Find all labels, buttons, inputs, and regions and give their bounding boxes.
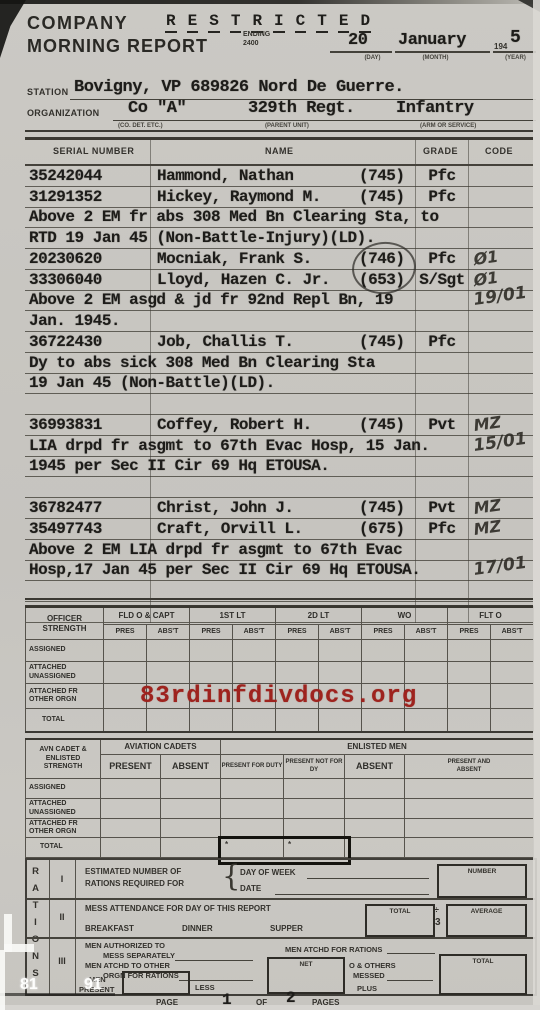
table-cell xyxy=(283,799,344,819)
o-and-others-label: O & OTHERS xyxy=(349,961,396,970)
ending-time: 2400 xyxy=(243,40,259,47)
row-numeral-1: I xyxy=(50,874,74,884)
scan-number-artifact: 91 xyxy=(84,976,102,994)
table-cell xyxy=(220,779,283,799)
fill-line xyxy=(387,953,435,954)
row-numeral-2: II xyxy=(50,912,74,922)
col-pres: PRES xyxy=(275,625,318,640)
table-row: 36993831Coffey, Robert H.(745)PvtMZ xyxy=(25,415,533,436)
breakfast-label: BREAKFAST xyxy=(85,924,134,933)
fill-line xyxy=(179,980,253,981)
column-line xyxy=(415,140,416,164)
station-value: Bovigny, VP 689826 Nord De Guerre. xyxy=(74,78,404,97)
serial-number: 35242044 xyxy=(29,167,102,185)
table-row: 35497743Craft, Orvill L.(675)PfcMZ xyxy=(25,519,533,540)
table-cell xyxy=(404,640,447,662)
table-cell xyxy=(275,640,318,662)
form-title-morning-report: MORNING REPORT xyxy=(27,36,208,57)
table-row: 31291352Hickey, Raymond M.(745)Pfc xyxy=(25,187,533,208)
roster-table: SERIAL NUMBER NAME GRADE CODE 35242044Ha… xyxy=(25,138,533,623)
table-cell xyxy=(160,838,220,858)
grade: Pfc xyxy=(417,520,467,538)
table-cell xyxy=(103,662,146,684)
handwritten-code: MZ xyxy=(472,495,502,518)
asterisk-mark: * xyxy=(288,840,291,849)
mess-separately-label: MESS SEPARATELY xyxy=(103,951,175,960)
station-label: STATION xyxy=(27,87,69,97)
remark-line: Jan. 1945. xyxy=(29,312,120,330)
remark-line: Dy to abs sick 308 Med Bn Clearing Sta xyxy=(29,354,375,372)
table-cell xyxy=(490,709,533,732)
table-cell xyxy=(344,819,404,838)
scan-white-artifact xyxy=(4,944,34,952)
table-row: Above 2 EM fr abs 308 Med Bn Clearing St… xyxy=(25,208,533,229)
asterisk-mark: * xyxy=(225,840,228,849)
grade: Pvt xyxy=(417,416,467,434)
soldier-name: Lloyd, Hazen C. Jr. xyxy=(157,271,330,289)
stamp-letter: S xyxy=(208,12,220,33)
mess-total-box: TOTAL xyxy=(365,904,435,937)
serial-number: 36722430 xyxy=(29,333,102,351)
table-row: 35242044Hammond, Nathan(745)Pfc xyxy=(25,166,533,187)
row-assigned: ASSIGNED xyxy=(25,640,103,662)
row-attached-unassigned: ATTACHED UNASSIGNED xyxy=(25,799,100,819)
table-cell xyxy=(189,662,232,684)
col-code: CODE xyxy=(485,146,513,156)
col-grade: GRADE xyxy=(423,146,458,156)
remark-line: RTD 19 Jan 45 (Non-Battle-Injury)(LD). xyxy=(29,229,375,247)
stamp-letter: E xyxy=(187,12,199,33)
net-box-label: NET xyxy=(269,961,343,968)
column-line xyxy=(150,140,151,164)
col-present-not-for-dy: PRESENT NOT FOR DY xyxy=(283,755,344,779)
rations-total-box: TOTAL xyxy=(439,954,527,995)
date-month: January xyxy=(398,31,466,50)
soldier-name: Hickey, Raymond M. xyxy=(157,188,321,206)
table-row: 20230620Mocniak, Frank S.(746)PfcØ1 xyxy=(25,249,533,270)
men-authorized-label: MEN AUTHORIZED TO xyxy=(85,941,165,950)
rations-estimated-line1: ESTIMATED NUMBER OF xyxy=(85,867,181,876)
col-present-and-absent: PRESENT AND ABSENT xyxy=(404,755,533,779)
enlisted-strength-table: AVN CADET & ENLISTED STRENGTH AVIATION C… xyxy=(25,738,534,858)
date-year-typed: 5 xyxy=(510,28,520,48)
column-line xyxy=(468,140,469,164)
col-group-aviation-cadets: AVIATION CADETS xyxy=(100,740,220,755)
serial-number: 36782477 xyxy=(29,499,102,517)
handwritten-code: MZ xyxy=(472,516,502,539)
table-cell xyxy=(490,640,533,662)
table-cell xyxy=(189,640,232,662)
col-group-1st-lt: 1ST LT xyxy=(189,608,275,625)
row-attached-fr-other-orgn: ATTACHED FR OTHER ORGN xyxy=(25,819,100,838)
table-row: Hosp,17 Jan 45 per Sec II Cir 69 Hq ETOU… xyxy=(25,561,533,582)
col-pres: PRES xyxy=(189,625,232,640)
rule-line xyxy=(27,937,535,939)
table-cell xyxy=(404,779,533,799)
table-cell xyxy=(344,799,404,819)
mos-code: (745) xyxy=(359,188,405,206)
col-group-fldo-capt: FLD O & CAPT xyxy=(103,608,189,625)
serial-number: 36993831 xyxy=(29,416,102,434)
remark-line: 1945 per Sec II Cir 69 Hq ETOUSA. xyxy=(29,457,329,475)
mess-attendance-label: MESS ATTENDANCE FOR DAY OF THIS REPORT xyxy=(85,904,271,913)
table-cell xyxy=(361,709,404,732)
table-cell xyxy=(232,640,275,662)
stamp-letter: T xyxy=(230,12,242,33)
table-cell xyxy=(160,799,220,819)
table-row: 36722430Job, Challis T.(745)Pfc xyxy=(25,332,533,353)
avn-cadet-label: AVN CADET & ENLISTED STRENGTH xyxy=(25,740,100,779)
column-line xyxy=(75,860,76,994)
table-cell xyxy=(404,709,447,732)
men-present-box xyxy=(122,971,190,995)
rule-line xyxy=(113,120,536,121)
rations-estimated-line2: RATIONS REQUIRED FOR xyxy=(85,879,184,888)
col-group-flt-o: FLT O xyxy=(447,608,533,625)
col-present-and-absent-label: PRESENT AND ABSENT xyxy=(443,759,495,773)
organization-unit: Co "A" xyxy=(128,99,186,118)
row-assigned: ASSIGNED xyxy=(25,779,100,799)
less-label: LESS xyxy=(195,983,215,992)
stamp-letter: T xyxy=(316,12,328,33)
table-cell xyxy=(283,779,344,799)
number-box-label: NUMBER xyxy=(439,868,525,875)
table-cell xyxy=(100,838,160,858)
fill-line xyxy=(387,980,433,981)
serial-number: 31291352 xyxy=(29,188,102,206)
table-cell xyxy=(275,709,318,732)
table-cell xyxy=(404,838,533,858)
rations-total-label: TOTAL xyxy=(441,958,525,965)
col-group-enlisted-men: ENLISTED MEN xyxy=(220,740,533,755)
soldier-name: Job, Challis T. xyxy=(157,333,294,351)
organization-arm: Infantry xyxy=(396,99,474,118)
rule-line xyxy=(493,51,536,53)
mess-total-label: TOTAL xyxy=(367,908,433,915)
table-row: 19 Jan 45 (Non-Battle)(LD). xyxy=(25,374,533,395)
table-cell xyxy=(232,662,275,684)
table-row: 33306040Lloyd, Hazen C. Jr.(653)S/SgtØ1 xyxy=(25,270,533,291)
soldier-name: Mocniak, Frank S. xyxy=(157,250,312,268)
fill-line xyxy=(275,894,429,895)
date-year-printed: 194 xyxy=(494,42,507,51)
col-absent: ABSENT xyxy=(344,755,404,779)
scan-white-artifact xyxy=(0,950,5,1010)
soldier-name: Coffey, Robert H. xyxy=(157,416,312,434)
col-name: NAME xyxy=(265,146,294,156)
table-cell xyxy=(146,640,189,662)
day-caption: (DAY) xyxy=(345,55,400,61)
table-row: Above 2 EM asgd & jd fr 92nd Repl Bn, 19… xyxy=(25,291,533,312)
serial-number: 33306040 xyxy=(29,271,102,289)
table-row: RTD 19 Jan 45 (Non-Battle-Injury)(LD). xyxy=(25,228,533,249)
messed-label: MESSED xyxy=(353,971,385,980)
col-pres: PRES xyxy=(103,625,146,640)
brace-glyph: { xyxy=(222,859,240,893)
table-cell xyxy=(404,819,533,838)
table-row: 36782477Christ, John J.(745)PvtMZ xyxy=(25,498,533,519)
stamp-letter: D xyxy=(359,12,371,33)
remark-line: Hosp,17 Jan 45 per Sec II Cir 69 Hq ETOU… xyxy=(29,561,420,579)
day-of-week-label: DAY OF WEEK xyxy=(240,868,296,877)
handwritten-code: Ø1 xyxy=(472,247,499,269)
table-cell xyxy=(232,709,275,732)
scan-edge-artifact xyxy=(533,0,540,1010)
col-serial-number: SERIAL NUMBER xyxy=(53,146,134,156)
table-cell xyxy=(490,662,533,684)
scan-corner-artifact xyxy=(0,0,26,58)
ending-label: ENDING xyxy=(243,31,270,38)
divide-sign: ÷ xyxy=(434,905,439,915)
soldier-name: Hammond, Nathan xyxy=(157,167,294,185)
remark-line: Above 2 EM LIA drpd fr asgmt to 67th Eva… xyxy=(29,541,402,559)
organization-label: ORGANIZATION xyxy=(27,108,99,118)
mos-code: (745) xyxy=(359,333,405,351)
table-row: Above 2 EM LIA drpd fr asgmt to 67th Eva… xyxy=(25,540,533,561)
watermark: 83rdinfdivdocs.org xyxy=(140,683,417,710)
grade: Pfc xyxy=(417,250,467,268)
grade: Pfc xyxy=(417,188,467,206)
month-caption: (MONTH) xyxy=(403,55,468,61)
men-atchd-for-rations-label: MEN ATCHD FOR RATIONS xyxy=(285,945,382,954)
col-pres: PRES xyxy=(447,625,490,640)
table-cell xyxy=(447,709,490,732)
soldier-name: Craft, Orvill L. xyxy=(157,520,303,538)
row-attached-fr-other-orgn: ATTACHED FR OTHER ORGN xyxy=(25,684,103,709)
parent-unit-caption: (PARENT UNIT) xyxy=(265,123,309,129)
remark-line: 19 Jan 45 (Non-Battle)(LD). xyxy=(29,374,275,392)
average-box-label: AVERAGE xyxy=(448,908,525,915)
table-cell xyxy=(318,709,361,732)
restricted-stamp: R E S T R I C T E D xyxy=(165,12,381,33)
date-day: 20 xyxy=(348,31,367,50)
organization-parent-unit: 329th Regt. xyxy=(248,99,355,118)
col-group-2d-lt: 2D LT xyxy=(275,608,361,625)
table-cell xyxy=(220,799,283,819)
form-title-company: COMPANY xyxy=(27,13,128,34)
mos-code: (675) xyxy=(359,520,405,538)
row-total: TOTAL xyxy=(25,838,100,858)
col-abst: ABS'T xyxy=(318,625,361,640)
table-cell xyxy=(160,779,220,799)
table-cell xyxy=(146,662,189,684)
mos-code: (745) xyxy=(359,499,405,517)
arm-caption: (ARM OR SERVICE) xyxy=(420,123,476,129)
rations-side-label: RATIONS xyxy=(30,866,41,992)
col-present-for-duty: PRESENT FOR DUTY xyxy=(220,755,283,779)
table-cell xyxy=(100,819,160,838)
col-abst: ABS'T xyxy=(146,625,189,640)
fill-line xyxy=(175,960,253,961)
table-cell xyxy=(103,640,146,662)
table-cell xyxy=(103,709,146,732)
average-box: AVERAGE xyxy=(446,904,527,937)
table-cell xyxy=(318,640,361,662)
officer-strength-label: OFFICER STRENGTH xyxy=(25,608,103,640)
table-cell xyxy=(146,709,189,732)
date-label: DATE xyxy=(240,884,261,893)
serial-number: 20230620 xyxy=(29,250,102,268)
remark-line: Above 2 EM asgd & jd fr 92nd Repl Bn, 19 xyxy=(29,291,393,309)
col-abst: ABS'T xyxy=(404,625,447,640)
table-cell xyxy=(361,662,404,684)
col-abst: ABS'T xyxy=(490,625,533,640)
row-attached-unassigned: ATTACHED UNASSIGNED xyxy=(25,662,103,684)
stamp-letter: I xyxy=(273,12,285,33)
table-cell xyxy=(100,799,160,819)
soldier-name: Christ, John J. xyxy=(157,499,294,517)
table-cell xyxy=(344,779,404,799)
table-cell xyxy=(490,684,533,709)
men-atchd-to-other-label: MEN ATCHD TO OTHER xyxy=(85,961,170,970)
scan-edge-artifact xyxy=(0,1005,540,1010)
table-cell xyxy=(447,640,490,662)
officer-strength-table: OFFICER STRENGTH FLD O & CAPT 1ST LT 2D … xyxy=(25,606,534,732)
grade: S/Sgt xyxy=(417,271,467,289)
rule-line xyxy=(330,51,392,53)
table-cell xyxy=(447,684,490,709)
fill-line xyxy=(307,878,429,879)
table-row xyxy=(25,394,533,415)
table-cell xyxy=(404,662,447,684)
col-pres: PRES xyxy=(361,625,404,640)
year-caption: (YEAR) xyxy=(493,55,538,61)
table-cell xyxy=(344,838,404,858)
stamp-letter: R xyxy=(165,12,177,33)
table-cell xyxy=(189,709,232,732)
table-cell xyxy=(447,662,490,684)
table-cell xyxy=(404,799,533,819)
grade: Pvt xyxy=(417,499,467,517)
morning-report-document: COMPANY MORNING REPORT R E S T R I C T E… xyxy=(0,0,540,1010)
table-cell xyxy=(318,662,361,684)
row-total: TOTAL xyxy=(25,709,103,732)
net-box: NET xyxy=(267,957,345,994)
table-row: LIA drpd fr asgmt to 67th Evac Hosp, 15 … xyxy=(25,436,533,457)
dinner-label: DINNER xyxy=(182,924,213,933)
rule-line xyxy=(27,898,535,900)
table-cell xyxy=(100,779,160,799)
table-cell xyxy=(361,640,404,662)
supper-label: SUPPER xyxy=(270,924,303,933)
table-row: Dy to abs sick 308 Med Bn Clearing Sta xyxy=(25,353,533,374)
remark-line: Above 2 EM fr abs 308 Med Bn Clearing St… xyxy=(29,208,439,226)
rule-line xyxy=(395,51,490,53)
divisor-three: 3 xyxy=(435,917,441,928)
plus-label: PLUS xyxy=(357,984,377,993)
stamp-letter: C xyxy=(295,12,307,33)
col-absent: ABSENT xyxy=(160,755,220,779)
table-row: Jan. 1945. xyxy=(25,311,533,332)
roster-body: 35242044Hammond, Nathan(745)Pfc 31291352… xyxy=(25,166,533,623)
serial-number: 35497743 xyxy=(29,520,102,538)
col-present: PRESENT xyxy=(100,755,160,779)
table-row: 1945 per Sec II Cir 69 Hq ETOUSA. xyxy=(25,457,533,478)
row-numeral-3: III xyxy=(50,956,74,966)
roster-header: SERIAL NUMBER NAME GRADE CODE xyxy=(25,138,533,166)
unit-caption: (CO. DET. ETC.) xyxy=(118,123,163,129)
stamp-letter: E xyxy=(338,12,350,33)
col-abst: ABS'T xyxy=(232,625,275,640)
grade: Pfc xyxy=(417,333,467,351)
table-row xyxy=(25,477,533,498)
mos-code: (745) xyxy=(359,416,405,434)
col-group-wo: WO xyxy=(361,608,447,625)
scan-number-artifact: 81 xyxy=(20,976,38,994)
scan-edge-artifact xyxy=(0,0,540,4)
remark-line: LIA drpd fr asgmt to 67th Evac Hosp, 15 … xyxy=(29,437,429,455)
table-cell xyxy=(275,662,318,684)
table-cell xyxy=(160,819,220,838)
grade: Pfc xyxy=(417,167,467,185)
stamp-letter: R xyxy=(251,12,263,33)
mos-code: (745) xyxy=(359,167,405,185)
number-box: NUMBER xyxy=(437,864,527,898)
